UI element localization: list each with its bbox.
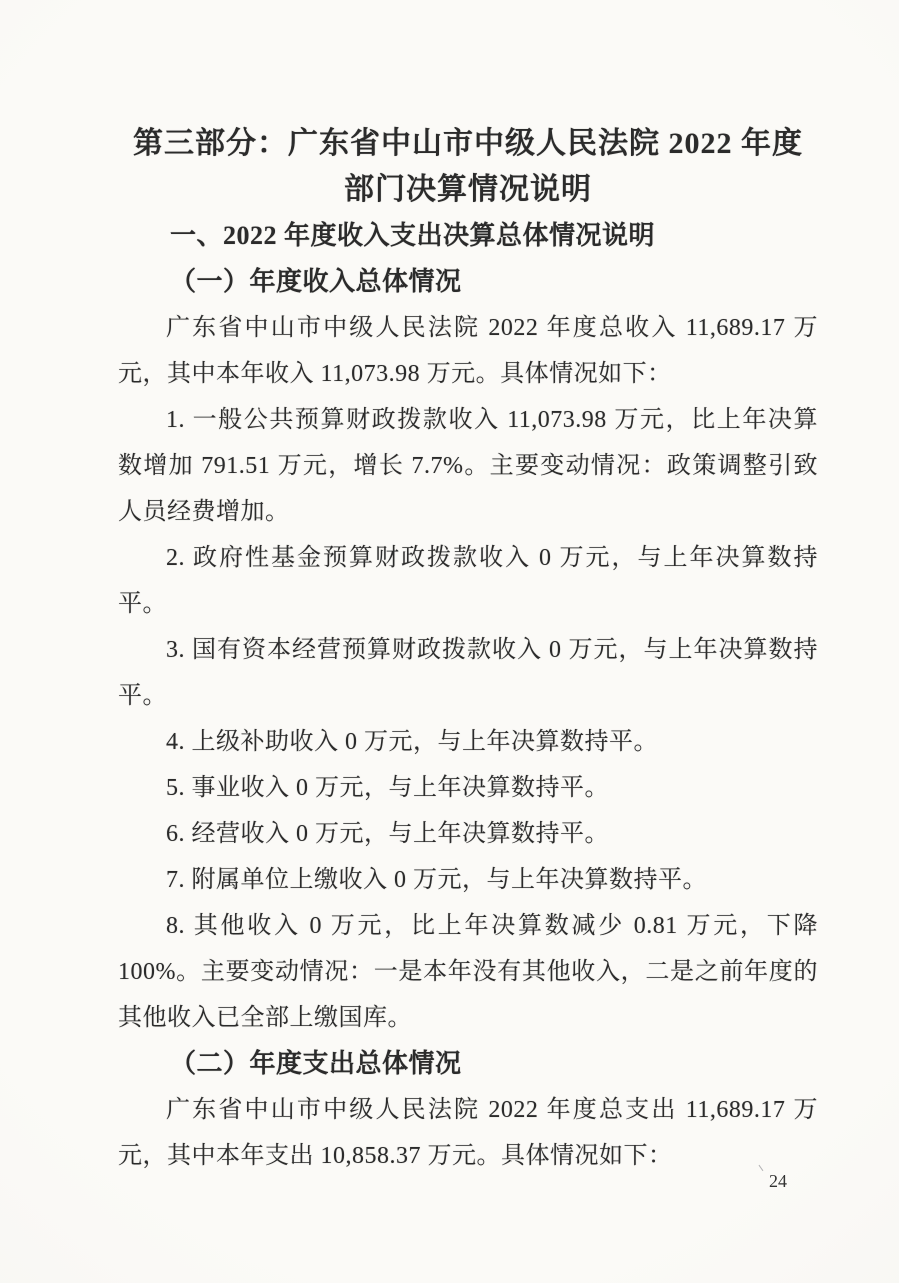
document-title: 第三部分：广东省中山市中级人民法院 2022 年度部门决算情况说明 <box>118 121 818 213</box>
document-content: 第三部分：广东省中山市中级人民法院 2022 年度部门决算情况说明 一、2022… <box>118 0 818 1179</box>
paragraph-item-2-government-fund: 2. 政府性基金预算财政拨款收入 0 万元，与上年决算数持平。 <box>118 535 818 627</box>
paragraph-total-expenditure: 广东省中山市中级人民法院 2022 年度总支出 11,689.17 万元，其中本… <box>118 1087 818 1179</box>
paragraph-item-4-superior-subsidy: 4. 上级补助收入 0 万元，与上年决算数持平。 <box>118 719 818 765</box>
scanned-document-page: 第三部分：广东省中山市中级人民法院 2022 年度部门决算情况说明 一、2022… <box>0 0 899 1283</box>
page-number: 24 <box>769 1170 787 1192</box>
paragraph-item-7-subordinate-unit: 7. 附属单位上缴收入 0 万元，与上年决算数持平。 <box>118 857 818 903</box>
paragraph-item-6-operating-income: 6. 经营收入 0 万元，与上年决算数持平。 <box>118 811 818 857</box>
subsection-heading-annual-income: （一）年度收入总体情况 <box>118 259 818 305</box>
paragraph-total-income: 广东省中山市中级人民法院 2022 年度总收入 11,689.17 万元，其中本… <box>118 305 818 397</box>
paragraph-item-1-general-public-budget: 1. 一般公共预算财政拨款收入 11,073.98 万元，比上年决算数增加 79… <box>118 397 818 535</box>
section-heading-income-overview: 一、2022 年度收入支出决算总体情况说明 <box>118 213 818 259</box>
paragraph-item-3-state-capital: 3. 国有资本经营预算财政拨款收入 0 万元，与上年决算数持平。 <box>118 627 818 719</box>
paragraph-item-5-business-income: 5. 事业收入 0 万元，与上年决算数持平。 <box>118 765 818 811</box>
paragraph-item-8-other-income: 8. 其他收入 0 万元，比上年决算数减少 0.81 万元，下降 100%。主要… <box>118 903 818 1041</box>
subsection-heading-annual-expenditure: （二）年度支出总体情况 <box>118 1041 818 1087</box>
